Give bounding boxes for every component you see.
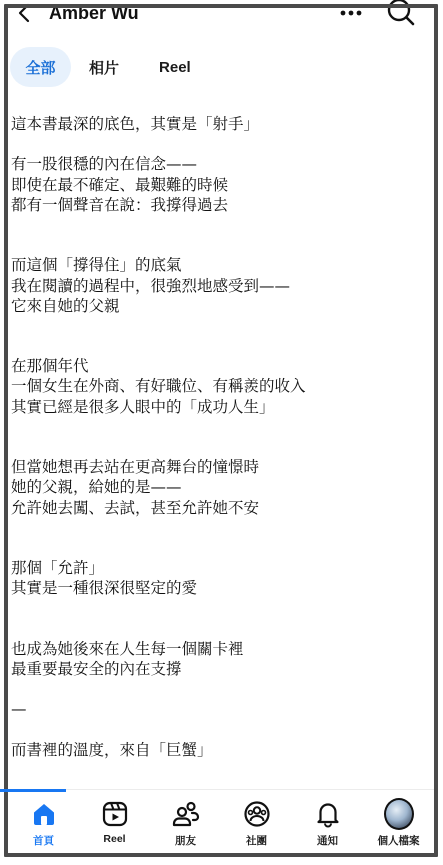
post-line: 有一股很穩的內在信念—— [11, 154, 426, 174]
post-line: 這本書最深的底色，其實是「射手」 [11, 114, 426, 134]
chevron-left-icon [13, 1, 37, 25]
post-line: 其實已經是很多人眼中的「成功人生」 [11, 397, 426, 417]
nav-item-notifications[interactable]: 通知 [292, 792, 363, 849]
tab-reel-label: Reel [159, 59, 191, 76]
tab-reel[interactable]: Reel [144, 47, 206, 87]
nav-item-groups[interactable]: 社團 [221, 792, 292, 849]
post-line: 即使在最不確定、最艱難的時候 [11, 175, 426, 195]
post-line: 但當她想再去站在更高舞台的憧憬時 [11, 457, 426, 477]
post-line: 而這個「撐得住」的底氣 [11, 255, 426, 275]
post-line: 在那個年代 [11, 356, 426, 376]
tab-photos[interactable]: 相片 [74, 47, 134, 87]
post-line: 其實是一種很深很堅定的愛 [11, 578, 426, 598]
bottom-navigation-bar: 首頁 Reel 朋友 [8, 792, 434, 849]
profile-name-title: Amber Wu [49, 1, 139, 25]
nav-label-home: 首頁 [33, 833, 54, 848]
post-blank-line [11, 720, 426, 740]
home-icon [30, 800, 58, 828]
post-blank-line [11, 336, 426, 356]
post-line: 我在閱讀的過程中，很強烈地感受到—— [11, 276, 426, 296]
post-blank-line [11, 437, 426, 457]
tab-all[interactable]: 全部 [10, 47, 71, 87]
nav-label-reel: Reel [103, 833, 125, 845]
nav-item-home[interactable]: 首頁 [8, 792, 79, 849]
post-blank-line [11, 235, 426, 255]
nav-label-groups: 社團 [246, 833, 267, 848]
profile-header: Amber Wu [0, 0, 443, 30]
nav-label-friends: 朋友 [175, 833, 196, 848]
profile-content-tabs: 全部 相片 Reel [10, 47, 206, 87]
post-line: 一個女生在外商、有好職位、有稱羨的收入 [11, 376, 426, 396]
friends-icon [171, 800, 201, 828]
more-options-button[interactable] [338, 3, 364, 23]
post-line: 而書裡的溫度，來自「巨蟹」 [11, 740, 426, 760]
back-button[interactable] [13, 1, 37, 25]
search-button[interactable] [384, 0, 416, 29]
reel-icon [101, 800, 129, 828]
active-nav-indicator [0, 789, 66, 792]
post-line: 也成為她後來在人生每一個關卡裡 [11, 639, 426, 659]
nav-label-notifications: 通知 [317, 833, 338, 848]
more-horizontal-icon [338, 3, 364, 23]
nav-item-reel[interactable]: Reel [79, 792, 150, 849]
post-blank-line [11, 619, 426, 639]
profile-avatar [384, 798, 414, 830]
post-line: 它來自她的父親 [11, 296, 426, 316]
post-line: 最重要最安全的內在支撐 [11, 659, 426, 679]
tab-photos-label: 相片 [89, 57, 119, 78]
post-blank-line [11, 518, 426, 538]
post-blank-line [11, 316, 426, 336]
post-line: 允許她去闖、去試，甚至允許她不安 [11, 498, 426, 518]
post-blank-line [11, 538, 426, 558]
post-separator-line: — [11, 699, 426, 719]
search-icon [384, 0, 416, 29]
post-blank-line [11, 215, 426, 235]
post-blank-line [11, 679, 426, 699]
post-blank-line [11, 599, 426, 619]
tab-all-label: 全部 [25, 57, 55, 78]
groups-icon [243, 800, 271, 828]
nav-item-profile[interactable]: 個人檔案 [363, 792, 434, 849]
post-line: 那個「允許」 [11, 558, 426, 578]
post-blank-line [11, 417, 426, 437]
nav-item-friends[interactable]: 朋友 [150, 792, 221, 849]
post-blank-line [11, 134, 426, 154]
bottom-nav-divider [8, 789, 434, 790]
bell-icon [314, 800, 342, 828]
nav-label-profile: 個人檔案 [378, 833, 420, 848]
post-line: 都有一個聲音在說：我撐得過去 [11, 195, 426, 215]
post-line: 她的父親，給她的是—— [11, 477, 426, 497]
post-text-body: 這本書最深的底色，其實是「射手」 有一股很穩的內在信念—— 即使在最不確定、最艱… [11, 114, 426, 760]
